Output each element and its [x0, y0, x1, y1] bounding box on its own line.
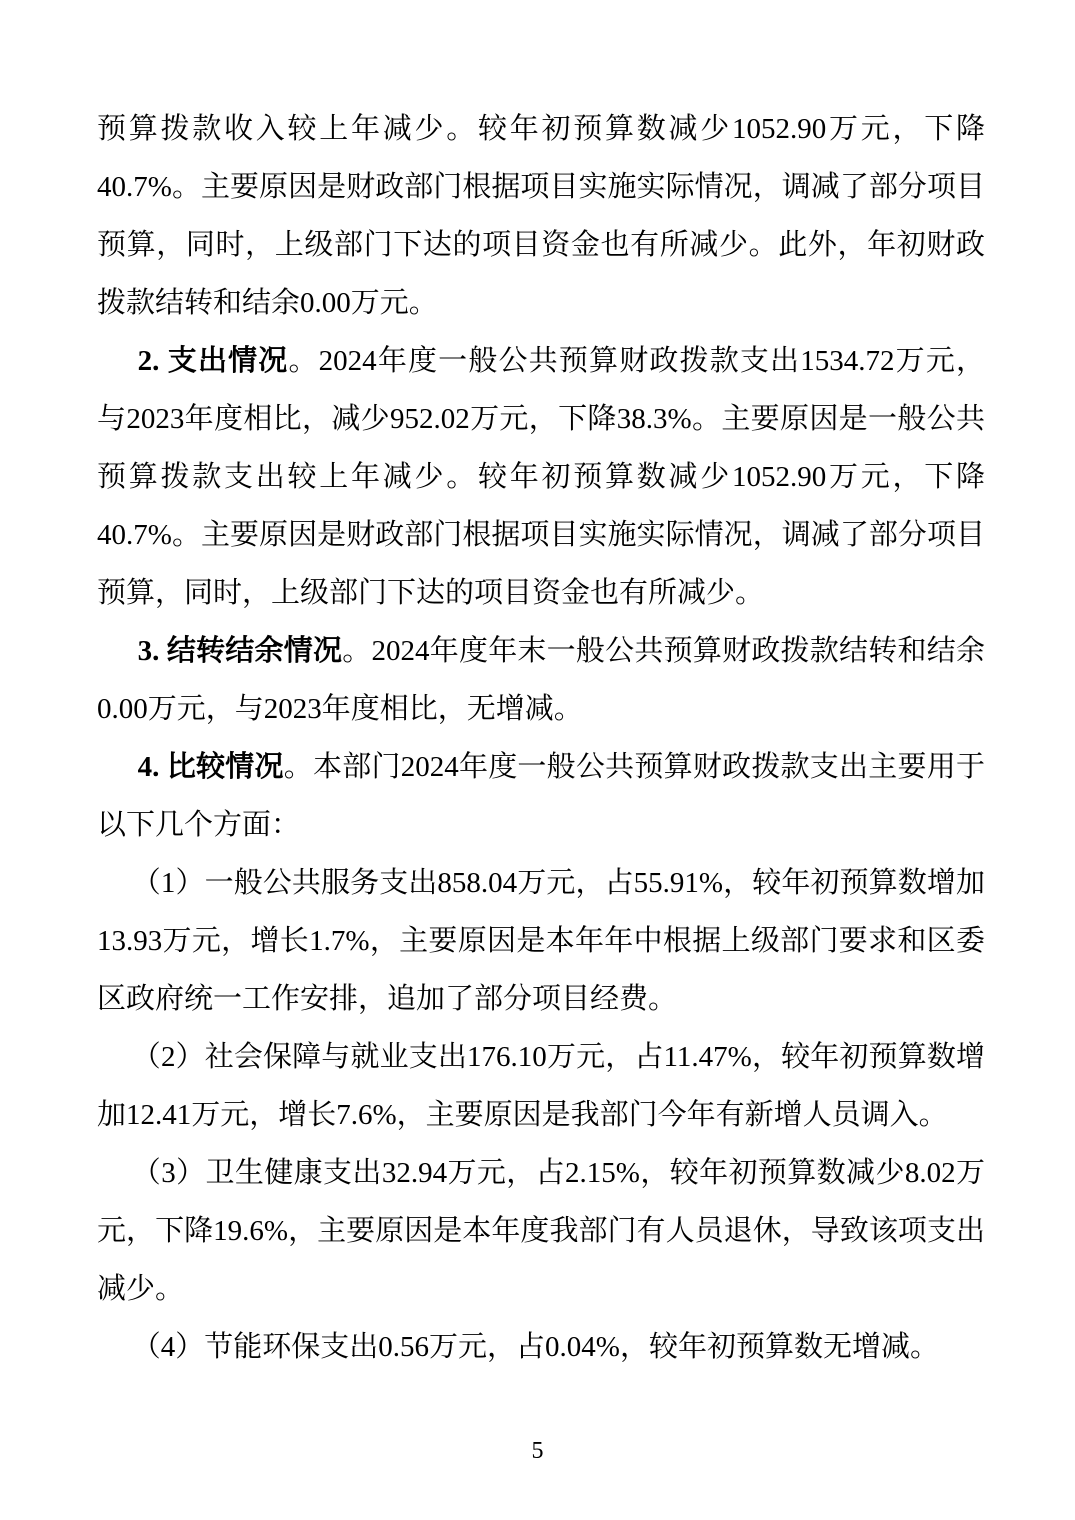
- paragraph-text: （3）卫生健康支出32.94万元，占2.15%，较年初预算数减少8.02万元，下…: [97, 1157, 985, 1305]
- para-4-comparison: 4. 比较情况。本部门2024年度一般公共预算财政拨款支出主要用于以下几个方面：: [97, 738, 985, 854]
- paragraph-lead: 3. 结转结余情况: [138, 635, 343, 667]
- paragraph-lead: 2. 支出情况: [138, 345, 289, 377]
- page-number: 5: [532, 1438, 544, 1464]
- para-item-1-general-public-services: （1）一般公共服务支出858.04万元，占55.91%，较年初预算数增加13.9…: [97, 854, 985, 1028]
- document-page: 预算拨款收入较上年减少。较年初预算数减少1052.90万元，下降40.7%。主要…: [0, 0, 1075, 1520]
- paragraph-text: （1）一般公共服务支出858.04万元，占55.91%，较年初预算数增加13.9…: [97, 867, 985, 1015]
- para-item-3-health: （3）卫生健康支出32.94万元，占2.15%，较年初预算数减少8.02万元，下…: [97, 1144, 985, 1318]
- page-footer: 5: [0, 1436, 1075, 1466]
- paragraph-text: 。2024年度一般公共预算财政拨款支出1534.72万元，与2023年度相比，减…: [97, 345, 985, 609]
- para-item-2-social-security-employment: （2）社会保障与就业支出176.10万元，占11.47%，较年初预算数增加12.…: [97, 1028, 985, 1144]
- paragraph-text: （4）节能环保支出0.56万元，占0.04%，较年初预算数无增减。: [132, 1331, 939, 1363]
- paragraph-text: （2）社会保障与就业支出176.10万元，占11.47%，较年初预算数增加12.…: [97, 1041, 985, 1131]
- paragraph-text: 预算拨款收入较上年减少。较年初预算数减少1052.90万元，下降40.7%。主要…: [97, 113, 985, 319]
- document-body: 预算拨款收入较上年减少。较年初预算数减少1052.90万元，下降40.7%。主要…: [97, 100, 985, 1376]
- para-item-4-energy-conservation: （4）节能环保支出0.56万元，占0.04%，较年初预算数无增减。: [97, 1318, 985, 1376]
- paragraph-lead: 4. 比较情况: [138, 751, 284, 783]
- para-3-carryover-balance: 3. 结转结余情况。2024年度年末一般公共预算财政拨款结转和结余0.00万元，…: [97, 622, 985, 738]
- para-2-expenditure: 2. 支出情况。2024年度一般公共预算财政拨款支出1534.72万元，与202…: [97, 332, 985, 622]
- para-income-continuation: 预算拨款收入较上年减少。较年初预算数减少1052.90万元，下降40.7%。主要…: [97, 100, 985, 332]
